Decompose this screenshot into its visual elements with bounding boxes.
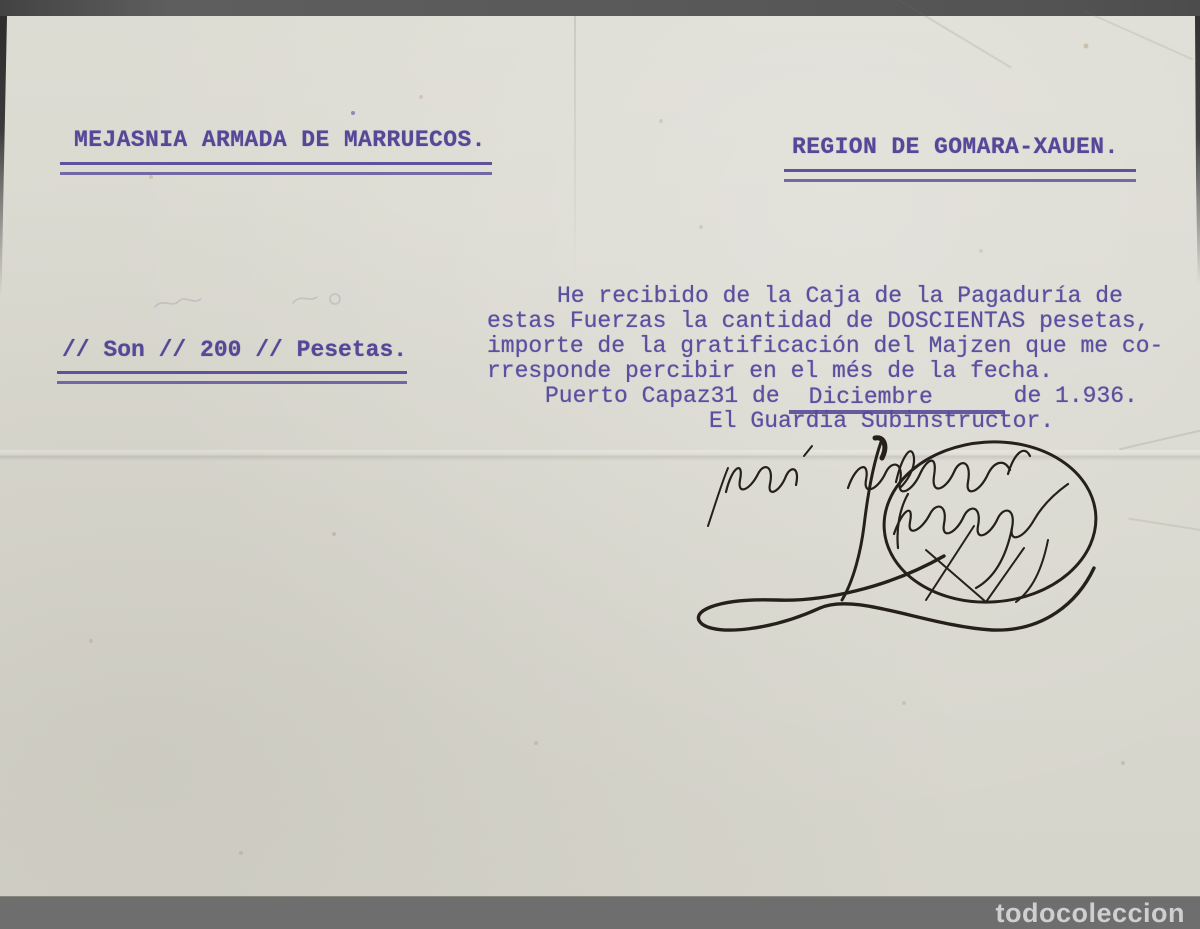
signature-ellipse-flourish (879, 435, 1102, 609)
diagonal-crease (1083, 10, 1193, 60)
date-prefix: Puerto Capaz31 de (545, 383, 780, 409)
body-line: importe de la gratificación del Majzen q… (487, 334, 1163, 359)
faint-pencil-marks (145, 283, 360, 323)
header-right-underline (784, 169, 1136, 182)
stray-ink-dot (351, 111, 355, 115)
scanner-edge-right (1195, 16, 1200, 284)
scanned-receipt-page: MEJASNIA ARMADA DE MARRUECOS. REGION DE … (0, 0, 1200, 929)
amount-underline (57, 371, 407, 384)
body-line: estas Fuerzas la cantidad de DOSCIENTAS … (487, 309, 1163, 334)
header-right: REGION DE GOMARA-XAUEN. (792, 134, 1119, 160)
watermark-label: todocoleccion (995, 897, 1200, 929)
body-line: He recibido de la Caja de la Pagaduría d… (557, 284, 1163, 309)
right-side-crease (1128, 518, 1200, 532)
date-line: Puerto Capaz31 deDiciembrede 1.936. (545, 384, 1163, 409)
amount-line: // Son // 200 // Pesetas. (62, 337, 407, 363)
date-month-on-blank: Diciembre (789, 385, 1005, 414)
watermark-bar: todocoleccion (0, 897, 1200, 929)
body-line: rresponde percibir en el més de la fecha… (487, 359, 1163, 384)
date-suffix: de 1.936. (1014, 383, 1138, 409)
scanner-edge-left (0, 16, 7, 296)
vertical-fold-crease (574, 16, 576, 284)
header-left: MEJASNIA ARMADA DE MARRUECOS. (74, 127, 486, 153)
paper-speckles (0, 0, 2, 2)
header-left-underline (60, 162, 492, 175)
receipt-body: He recibido de la Caja de la Pagaduría d… (487, 284, 1163, 434)
signature-handwriting: José Delgado Pelayo (596, 430, 1116, 640)
scanner-top-bar (0, 0, 1200, 16)
